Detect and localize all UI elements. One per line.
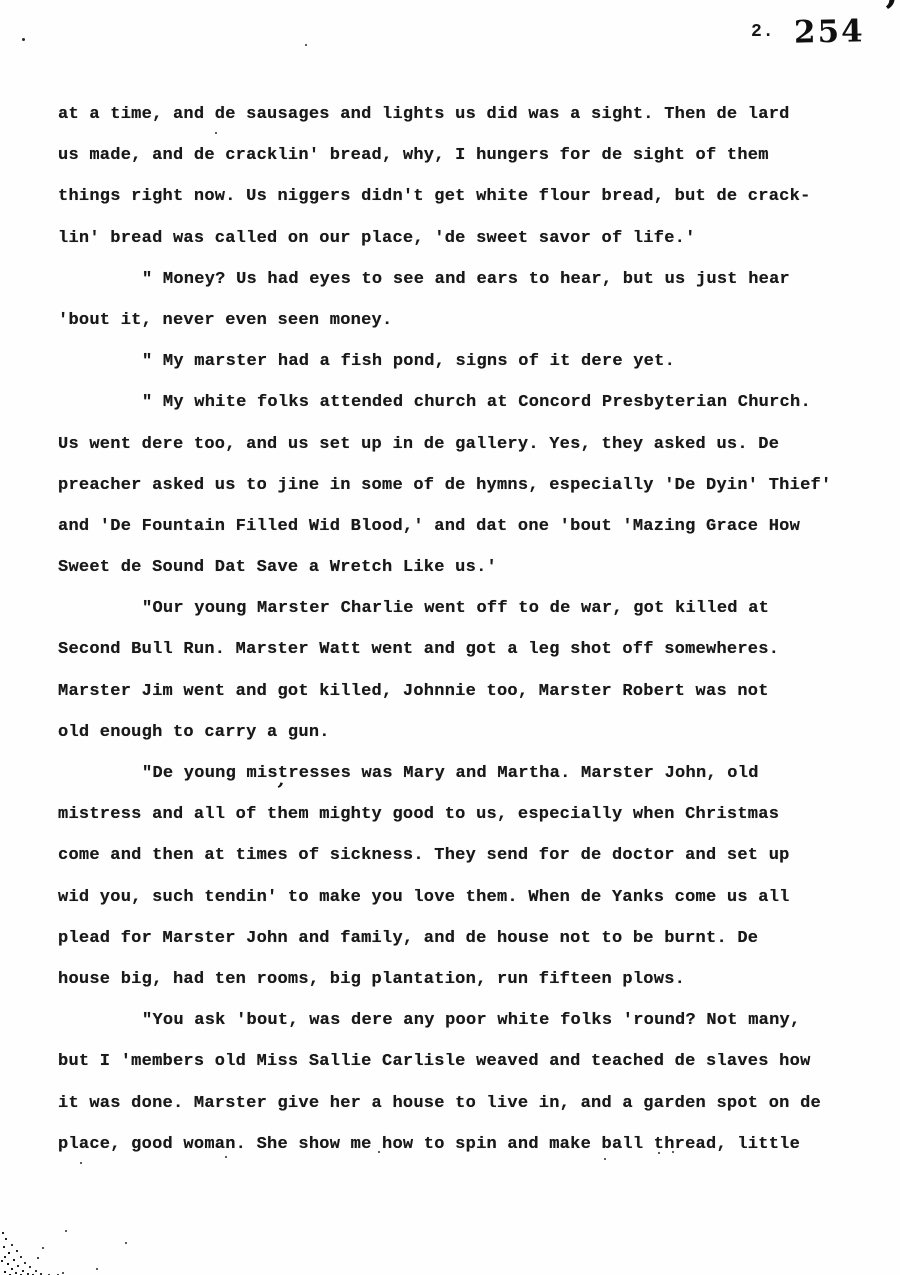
scan-speck <box>215 132 217 134</box>
corner-apostrophe-mark: ’ <box>884 0 898 37</box>
scan-speck <box>604 1158 606 1160</box>
text-line: things right now. Us niggers didn't get … <box>58 176 858 217</box>
text-line: plead for Marster John and family, and d… <box>58 918 858 959</box>
text-line: "Our young Marster Charlie went off to d… <box>58 588 858 629</box>
scan-speckle-cluster <box>2 1232 4 1234</box>
text-line: at a time, and de sausages and lights us… <box>58 94 858 135</box>
scan-speck <box>305 44 307 46</box>
text-line: lin' bread was called on our place, 'de … <box>58 218 858 259</box>
text-line: "You ask 'bout, was dere any poor white … <box>58 1000 858 1041</box>
text-line: us made, and de cracklin' bread, why, I … <box>58 135 858 176</box>
text-line: come and then at times of sickness. They… <box>58 835 858 876</box>
text-line: and 'De Fountain Filled Wid Blood,' and … <box>58 506 858 547</box>
text-line: Marster Jim went and got killed, Johnnie… <box>58 671 858 712</box>
scan-speck <box>225 1156 227 1158</box>
text-line: Sweet de Sound Dat Save a Wretch Like us… <box>58 547 858 588</box>
text-line: wid you, such tendin' to make you love t… <box>58 877 858 918</box>
page-number: 2. <box>751 22 775 42</box>
text-line: Us went dere too, and us set up in de ga… <box>58 424 858 465</box>
scan-speck <box>65 1230 67 1232</box>
text-line: place, good woman. She show me how to sp… <box>58 1124 858 1165</box>
text-line: 'bout it, never even seen money. <box>58 300 858 341</box>
text-line: " Money? Us had eyes to see and ears to … <box>58 259 858 300</box>
scan-speck <box>80 1162 82 1164</box>
text-line: but I 'members old Miss Sallie Carlisle … <box>58 1041 858 1082</box>
scan-speck <box>378 1151 380 1153</box>
scan-speck <box>672 1151 674 1153</box>
text-line: old enough to carry a gun. <box>58 712 858 753</box>
scan-speck <box>96 1268 98 1270</box>
text-line: " My white folks attended church at Conc… <box>58 382 858 423</box>
scanned-document-page: 2. 254 ’ at a time, and de sausages and … <box>0 0 900 1275</box>
text-line: it was done. Marster give her a house to… <box>58 1083 858 1124</box>
scan-speck <box>22 38 25 41</box>
text-line: preacher asked us to jine in some of de … <box>58 465 858 506</box>
stamp-page-number: 254 <box>794 13 865 50</box>
scan-speck <box>125 1242 127 1244</box>
text-line: " My marster had a fish pond, signs of i… <box>58 341 858 382</box>
text-line: "De young mistresses was Mary and Martha… <box>58 753 858 794</box>
text-line: Second Bull Run. Marster Watt went and g… <box>58 629 858 670</box>
scan-speck <box>658 1152 660 1154</box>
document-body: at a time, and de sausages and lights us… <box>58 94 858 1165</box>
text-line: house big, had ten rooms, big plantation… <box>58 959 858 1000</box>
text-line: mistress and all of them mighty good to … <box>58 794 858 835</box>
